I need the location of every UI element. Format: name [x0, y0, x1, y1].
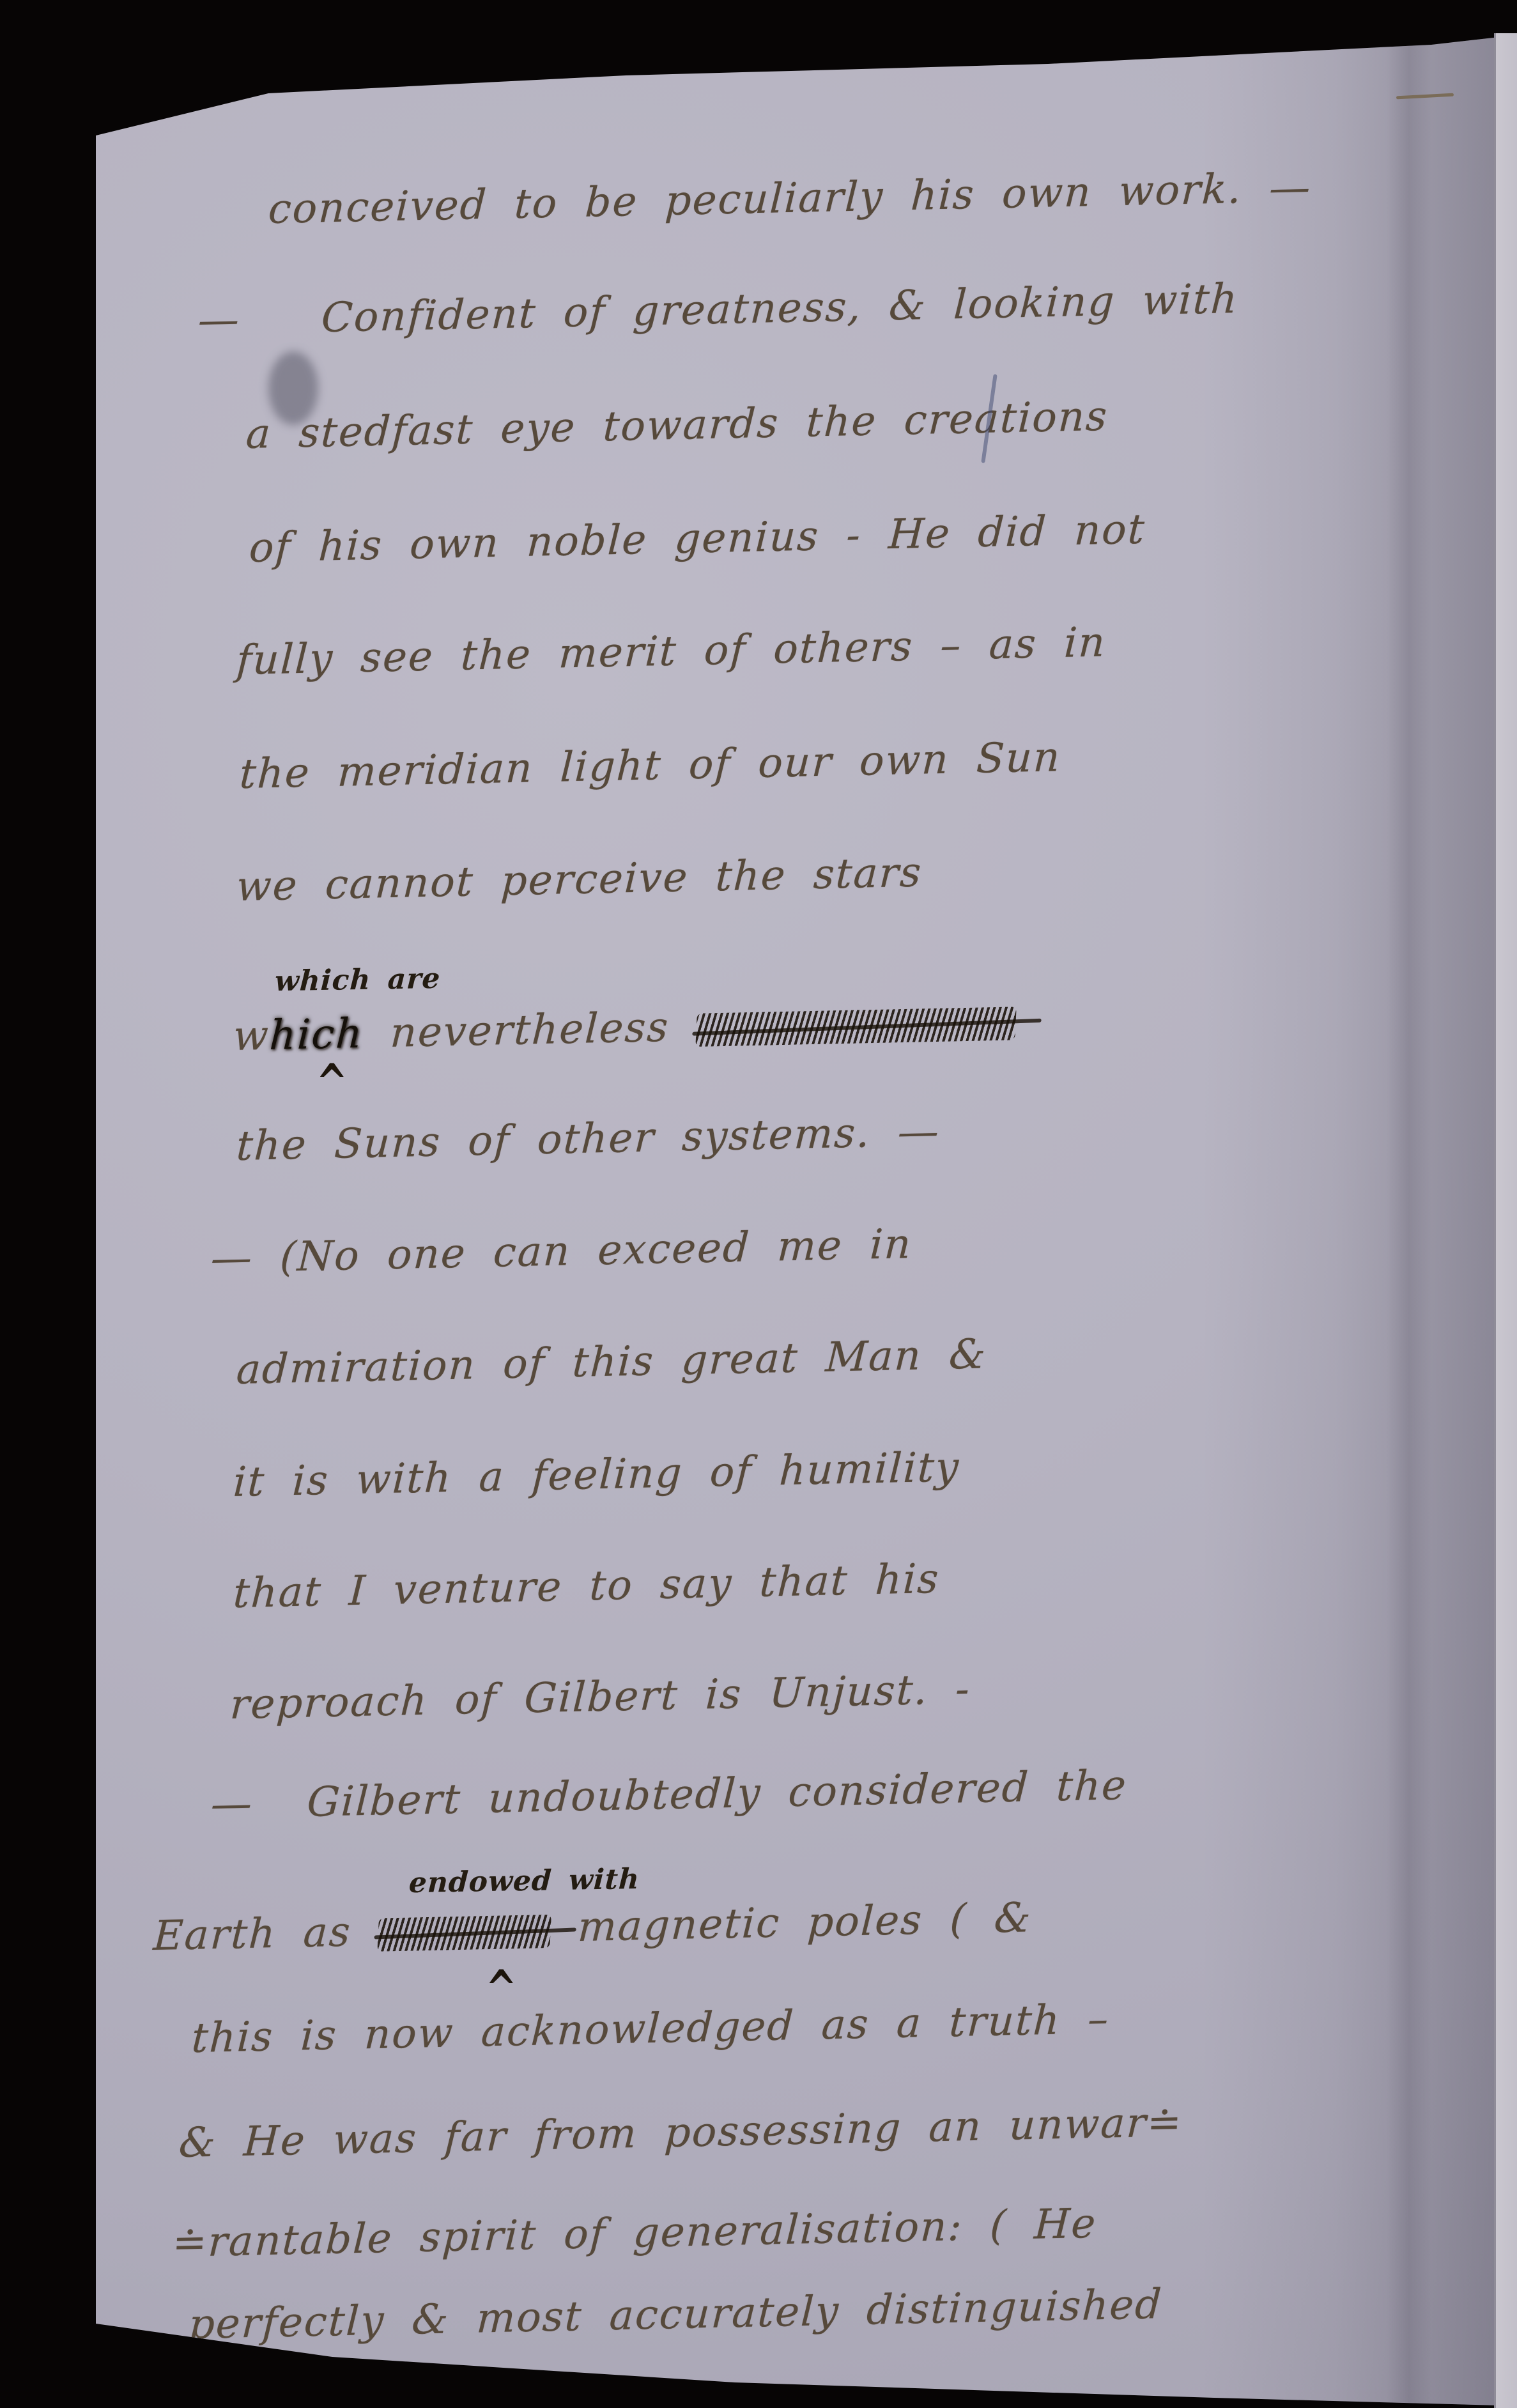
manuscript-line: ≐rantable spirit of generalisation: ( He	[171, 2203, 1097, 2264]
handwritten-text: this is now acknowledged as a truth –	[190, 1996, 1111, 2062]
handwritten-text: reproach of Gilbert is Unjust. -	[229, 1666, 971, 1729]
manuscript-line: the Suns of other systems. —	[235, 1111, 941, 1167]
handwritten-text: it is with a feeling of humility	[232, 1444, 960, 1506]
handwritten-text: conceived to be peculiarly his own work.…	[267, 164, 1313, 233]
book-page-edge	[1494, 33, 1517, 2408]
handwritten-text: & He was far from possessing an unwar≐	[178, 2099, 1183, 2167]
handwritten-text: the meridian light of our own Sun	[238, 734, 1062, 798]
handwritten-text: a stedfast eye towards the creations	[245, 393, 1109, 458]
handwritten-text: — Confident of greatness, & looking with	[197, 275, 1239, 344]
handwritten-text: ≐rantable spirit of generalisation: ( He	[171, 2200, 1098, 2267]
interlinear-insertion: which are	[274, 965, 442, 996]
manuscript-line: perfectly & most accurately distinguishe…	[187, 2284, 1163, 2345]
handwritten-text: we cannot perceive the stars	[235, 849, 923, 911]
manuscript-line: reproach of Gilbert is Unjust. -	[229, 1669, 971, 1725]
handwritten-text: perfectly & most accurately distinguishe…	[187, 2281, 1164, 2349]
handwritten-text: of his own noble genius - He did not	[248, 506, 1146, 572]
manuscript-line: we cannot perceive the stars	[235, 852, 923, 907]
manuscript-page: conceived to be peculiarly his own work.…	[0, 0, 1517, 2408]
manuscript-line: fully see the merit of others – as in	[235, 622, 1107, 681]
handwritten-text: nevertheless	[362, 1003, 698, 1058]
struck-out-word	[695, 1007, 1016, 1047]
handwritten-text: Earth as	[152, 1908, 380, 1960]
manuscript-line: which nevertheless	[232, 999, 1017, 1057]
page-gutter-shading	[1201, 36, 1499, 2408]
ink-smudge	[268, 351, 318, 425]
manuscript-line: & He was far from possessing an unwar≐	[178, 2102, 1183, 2164]
handwritten-text: magnetic poles ( &	[550, 1894, 1033, 1952]
manuscript-line: that I venture to say that his	[232, 1559, 940, 1614]
interlinear-insertion: endowed with	[408, 1865, 640, 1897]
manuscript-line: admiration of this great Man &	[235, 1334, 987, 1391]
insertion-caret: ^	[316, 1053, 348, 1112]
manuscript-line: this is now acknowledged as a truth –	[190, 1999, 1110, 2059]
manuscript-line: — Confident of greatness, & looking with	[197, 279, 1239, 341]
manuscript-line: — Gilbert undoubtedly considered the	[210, 1765, 1128, 1825]
page-crease-shadow	[1387, 36, 1431, 2408]
manuscript-line: the meridian light of our own Sun	[238, 737, 1061, 795]
handwritten-text: admiration of this great Man &	[235, 1331, 988, 1394]
stray-tick-mark	[602, 55, 610, 73]
manuscript-line: Earth as magnetic poles ( &	[152, 1897, 1033, 1957]
manuscript-line: it is with a feeling of humility	[232, 1447, 960, 1503]
handwritten-text: — Gilbert undoubtedly considered the	[210, 1762, 1128, 1828]
manuscript-line: of his own noble genius - He did not	[248, 509, 1146, 569]
handwritten-text: — (No one can exceed me in	[210, 1221, 913, 1283]
struck-out-word	[377, 1915, 551, 1952]
handwritten-text: w	[232, 1012, 270, 1060]
manuscript-line: a stedfast eye towards the creations	[245, 396, 1109, 455]
handwritten-text: that I venture to say that his	[232, 1555, 941, 1617]
handwritten-text: the Suns of other systems. —	[235, 1108, 941, 1170]
photo-background: conceived to be peculiarly his own work.…	[0, 0, 1517, 2408]
handwritten-text: fully see the merit of others – as in	[235, 619, 1107, 684]
ink-blotted-word: hich	[268, 1010, 364, 1060]
manuscript-line: conceived to be peculiarly his own work.…	[267, 167, 1312, 230]
manuscript-line: — (No one can exceed me in	[210, 1224, 913, 1279]
